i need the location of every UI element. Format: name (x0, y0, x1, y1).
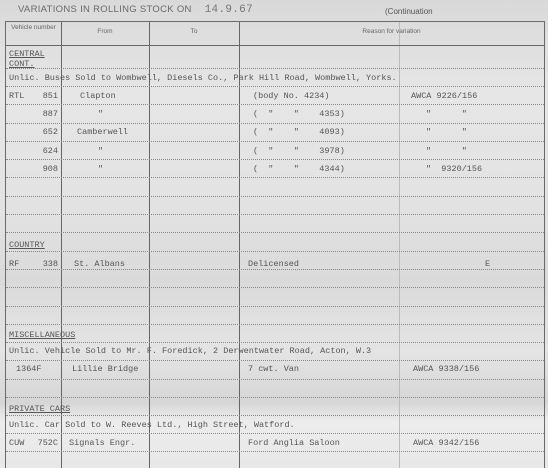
row-divider (6, 342, 544, 343)
row-divider (6, 86, 544, 87)
from-cell: Signals Engr. (69, 438, 135, 448)
row-divider (6, 214, 544, 215)
section-title-private-cars: PRIVATE CARS (9, 404, 70, 414)
from-cell: " (98, 164, 103, 174)
vehicle-prefix: CUW (9, 438, 24, 448)
section-note-private-cars: Unlic. Car Sold to W. Reeves Ltd., High … (9, 420, 295, 430)
row-divider (6, 306, 544, 307)
reason-cell: ( " " 4353) (253, 109, 345, 119)
from-cell: " (98, 146, 103, 156)
row-divider (6, 433, 544, 434)
row-divider (6, 324, 544, 325)
reason-cell: (body No. 4234) (253, 91, 330, 101)
reference-cell: " 9320/156 (426, 164, 482, 174)
reference-cell: AWCA 9342/156 (413, 438, 479, 448)
from-cell: St. Albans (74, 259, 125, 269)
row-divider (6, 68, 544, 69)
reason-cell: ( " " 4093) (253, 127, 345, 137)
vehicle-number: 851 (28, 91, 58, 101)
title-date: 14.9.67 (205, 4, 253, 16)
vehicle-number: 752C (28, 438, 58, 448)
section-title-central-cont: CONT. (9, 59, 35, 69)
row-divider (6, 360, 544, 361)
vehicle-prefix: RF (9, 259, 19, 269)
from-cell: Clapton (80, 91, 116, 101)
row-divider (6, 415, 544, 416)
section-title-miscellaneous: MISCELLANEOUS (9, 330, 75, 340)
vehicle-number: 887 (28, 109, 58, 119)
row-divider (6, 123, 544, 124)
row-divider (6, 287, 544, 288)
col-divider (399, 22, 400, 468)
col-divider (149, 22, 150, 468)
row-divider (6, 196, 544, 197)
document-page: VARIATIONS IN ROLLING STOCK ON 14.9.67 (… (0, 0, 548, 468)
col-divider (239, 22, 240, 468)
reason-cell: Delicensed (248, 259, 299, 269)
row-divider (6, 141, 544, 142)
reference-cell: AWCA 9338/156 (413, 364, 479, 374)
vehicle-number: 1364F (16, 364, 42, 374)
reason-cell: Ford Anglia Saloon (248, 438, 340, 448)
continuation-label: (Continuation (385, 7, 433, 16)
reference-cell: " " (426, 146, 467, 156)
col-divider (61, 22, 62, 468)
vehicle-number: 338 (28, 259, 58, 269)
from-cell: Lillie Bridge (72, 364, 138, 374)
variations-table: Vehicle number From To Reason for variat… (5, 21, 545, 468)
reference-cell: E (485, 259, 490, 269)
row-divider (6, 177, 544, 178)
vehicle-prefix: RTL (9, 91, 24, 101)
header-divider (6, 45, 544, 46)
row-divider (6, 251, 544, 252)
row-divider (6, 379, 544, 380)
section-title-central: CENTRAL (9, 49, 45, 59)
header-to: To (149, 28, 239, 35)
header-vehicle-number: Vehicle number (6, 24, 61, 31)
reference-cell: AWCA 9226/156 (411, 91, 477, 101)
row-divider (6, 397, 544, 398)
vehicle-number: 908 (28, 164, 58, 174)
row-divider (6, 451, 544, 452)
reason-cell: 7 cwt. Van (248, 364, 299, 374)
document-title: VARIATIONS IN ROLLING STOCK ON 14.9.67 (18, 4, 253, 16)
reason-cell: ( " " 3978) (253, 146, 345, 156)
row-divider (6, 104, 544, 105)
reference-cell: " " (426, 109, 467, 119)
from-cell: Camberwell (77, 127, 128, 137)
from-cell: " (98, 109, 103, 119)
section-title-country: COUNTRY (9, 240, 45, 250)
header-reason: Reason for variation (239, 28, 544, 35)
header-from: From (61, 28, 149, 35)
reference-cell: " " (426, 127, 467, 137)
row-divider (6, 232, 544, 233)
vehicle-number: 652 (28, 127, 58, 137)
reason-cell: ( " " 4344) (253, 164, 345, 174)
row-divider (6, 269, 544, 270)
section-note-central: Unlic. Buses Sold to Wombwell, Diesels C… (9, 73, 397, 83)
row-divider (6, 159, 544, 160)
vehicle-number: 624 (28, 146, 58, 156)
section-note-miscellaneous: Unlic. Vehicle Sold to Mr. F. Foredick, … (9, 346, 371, 356)
title-text: VARIATIONS IN ROLLING STOCK ON (18, 4, 192, 15)
